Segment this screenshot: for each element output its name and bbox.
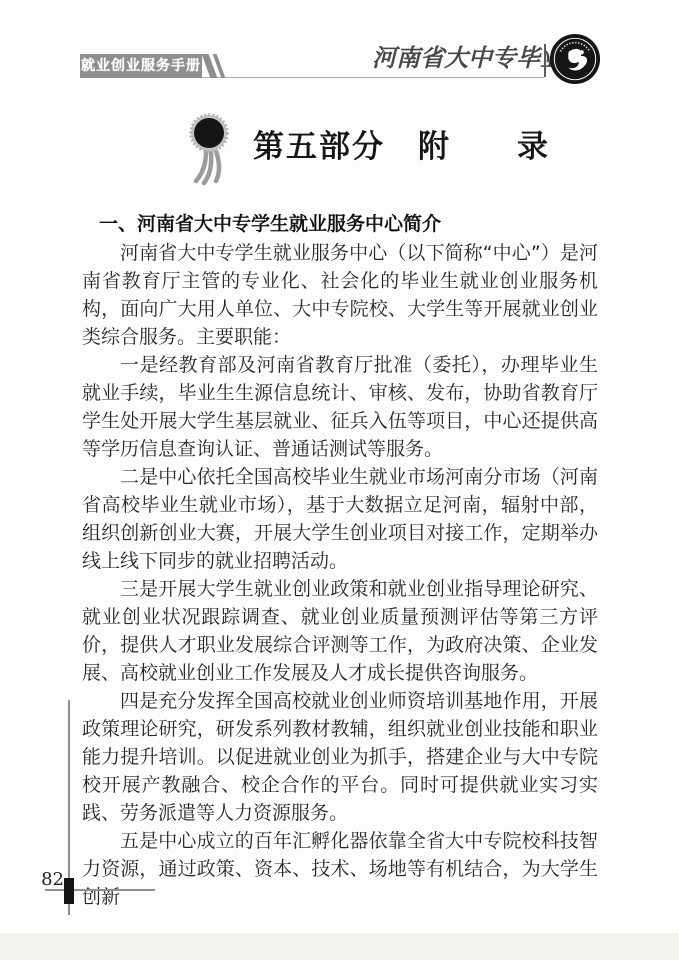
part-title-row: 第五部分 附 录 <box>183 112 550 188</box>
handbook-tab: 就业创业服务手册 <box>80 54 202 78</box>
paragraph: 三是开展大学生就业创业政策和就业创业指导理论研究、就业创业状况跟踪调查、就业创业… <box>82 575 598 687</box>
rosette-medal-icon <box>183 112 237 188</box>
handbook-tab-label: 就业创业服务手册 <box>81 58 201 74</box>
scanned-handbook-page: { "header": { "handbook_tab": "就业创业服务手册"… <box>0 0 679 960</box>
paragraph: 四是充分发挥全国高校就业创业师资培训基地作用，开展政策理论研究，研发系列教材教辅… <box>82 687 598 827</box>
page-body: 一、河南省大中专学生就业服务中心简介 河南省大中专学生就业服务中心（以下简称“中… <box>82 210 598 911</box>
page-edge-shadow <box>0 933 679 960</box>
edition-title: 河南省大中专毕业生 <box>372 41 540 75</box>
paragraph: 河南省大中专学生就业服务中心（以下简称“中心”）是河南省教育厅主管的专业化、社会… <box>82 239 598 351</box>
section-heading: 一、河南省大中专学生就业服务中心简介 <box>82 210 598 239</box>
graduates-seal-icon <box>549 33 601 85</box>
edition-title-divider <box>544 44 546 77</box>
page-number: 82 <box>32 869 64 890</box>
margin-crop-mark <box>64 878 74 904</box>
paragraph: 二是中心依托全国高校毕业生就业市场河南分市场（河南省高校毕业生就业市场），基于大… <box>82 463 598 575</box>
paragraph: 一是经教育部及河南省教育厅批准（委托），办理毕业生就业手续，毕业生生源信息统计、… <box>82 351 598 463</box>
paragraph: 五是中心成立的百年汇孵化器依靠全省大中专院校科技智力资源，通过政策、资本、技术、… <box>82 827 598 911</box>
part-title: 第五部分 附 录 <box>253 121 550 180</box>
